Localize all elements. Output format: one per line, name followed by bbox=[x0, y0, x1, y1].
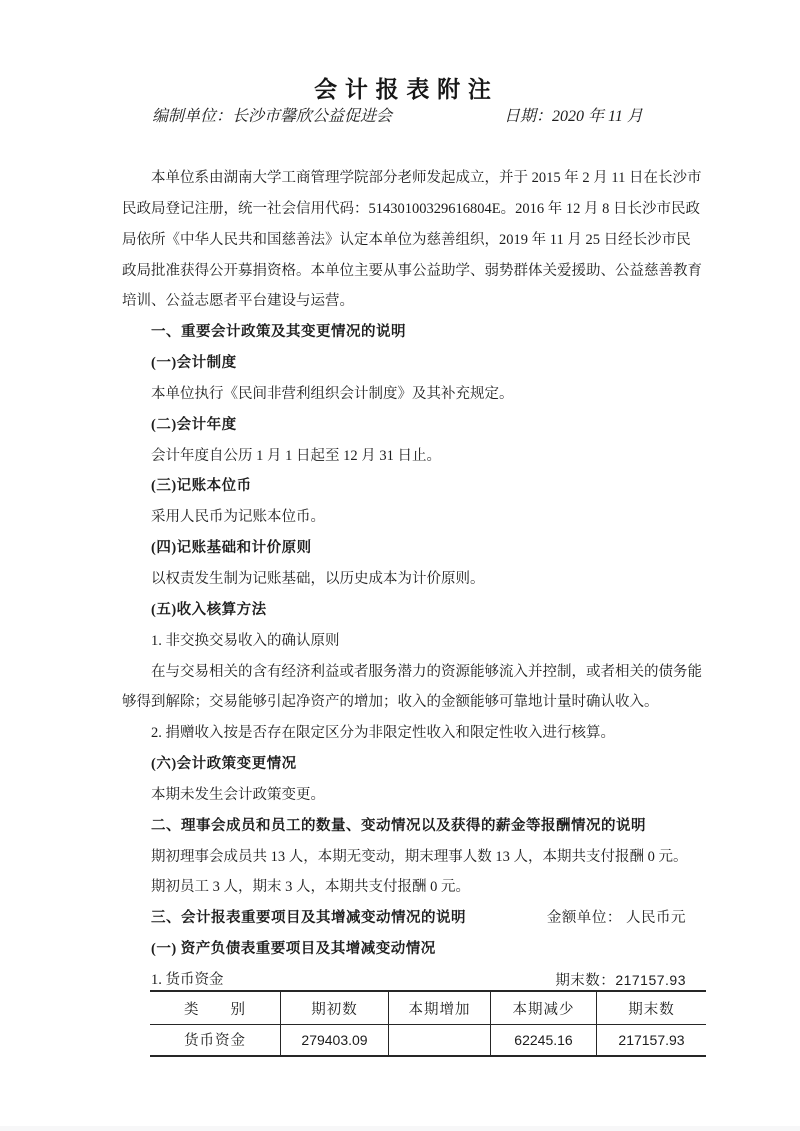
document-line: 本单位系由湖南大学工商管理学院部分老师发起成立，并于 2015 年 2 月 11… bbox=[122, 163, 702, 194]
page-bottom-edge bbox=[0, 1126, 800, 1131]
document-line: 期初员工 3 人，期末 3 人，本期共支付报酬 0 元。 bbox=[122, 872, 702, 903]
document-line: 期初理事会成员共 13 人，本期无变动，期末理事人数 13 人，本期共支付报酬 … bbox=[122, 842, 702, 873]
line-text: 本单位执行《民间非营利组织会计制度》及其补充规定。 bbox=[151, 386, 514, 402]
line-text: (四)记账基础和计价原则 bbox=[151, 540, 312, 556]
line-text: 三、会计报表重要项目及其增减变动情况的说明 bbox=[151, 910, 466, 926]
report-date-label: 日期：2020 年 11 月 bbox=[504, 103, 643, 126]
table-header-cell: 类 别 bbox=[150, 992, 280, 1024]
line-text: 本单位系由湖南大学工商管理学院部分老师发起成立，并于 2015 年 2 月 11… bbox=[151, 170, 701, 186]
period-end-balance-label: 期末数： bbox=[555, 973, 615, 989]
table-header-cell: 本期减少 bbox=[490, 992, 596, 1024]
table-header-cell: 期末数 bbox=[596, 992, 706, 1024]
document-line: (一) 资产负债表重要项目及其增减变动情况 bbox=[122, 934, 702, 965]
table-cell: 279403.09 bbox=[280, 1025, 388, 1055]
line-text: 够得到解除；交易能够引起净资产的增加；收入的金额能够可靠地计量时确认收入。 bbox=[122, 694, 659, 710]
line-text: 本期未发生会计政策变更。 bbox=[151, 787, 325, 803]
line-text: (一)会计制度 bbox=[151, 355, 237, 371]
document-line: 二、理事会成员和员工的数量、变动情况以及获得的薪金等报酬情况的说明 bbox=[122, 811, 702, 842]
document-line: 在与交易相关的含有经济利益或者服务潜力的资源能够流入并控制，或者相关的债务能 bbox=[122, 657, 702, 688]
document-line: (六)会计政策变更情况 bbox=[122, 749, 702, 780]
document-line: (一)会计制度 bbox=[122, 348, 702, 379]
page-title: 会 计 报 表 附 注 bbox=[122, 71, 684, 104]
document-line: 1. 非交换交易收入的确认原则 bbox=[122, 626, 702, 657]
line-text: (三)记账本位币 bbox=[151, 478, 252, 494]
table-row: 货币资金279403.0962245.16217157.93 bbox=[150, 1025, 706, 1055]
line-text: 培训、公益志愿者平台建设与运营。 bbox=[122, 293, 354, 309]
prepared-by-label: 编制单位：长沙市馨欣公益促进会 bbox=[152, 103, 392, 126]
document-line: 以权责发生制为记账基础，以历史成本为计价原则。 bbox=[122, 564, 702, 595]
line-text: 以权责发生制为记账基础，以历史成本为计价原则。 bbox=[151, 571, 485, 587]
document-line: (五)收入核算方法 bbox=[122, 595, 702, 626]
document-body: 本单位系由湖南大学工商管理学院部分老师发起成立，并于 2015 年 2 月 11… bbox=[122, 163, 702, 996]
document-line: 三、会计报表重要项目及其增减变动情况的说明金额单位： 人民币元 bbox=[122, 903, 702, 934]
line-text: (一) 资产负债表重要项目及其增减变动情况 bbox=[151, 941, 436, 957]
document-line: (四)记账基础和计价原则 bbox=[122, 533, 702, 564]
line-text: 在与交易相关的含有经济利益或者服务潜力的资源能够流入并控制，或者相关的债务能 bbox=[151, 664, 702, 680]
document-line: (二)会计年度 bbox=[122, 410, 702, 441]
line-text: 一、重要会计政策及其变更情况的说明 bbox=[151, 324, 406, 340]
document-line: 一、重要会计政策及其变更情况的说明 bbox=[122, 317, 702, 348]
line-text: 1. 非交换交易收入的确认原则 bbox=[151, 633, 340, 649]
document-line: 本单位执行《民间非营利组织会计制度》及其补充规定。 bbox=[122, 379, 702, 410]
line-text: 期初员工 3 人，期末 3 人，本期共支付报酬 0 元。 bbox=[151, 879, 470, 895]
document-line: 政局批准获得公开募捐资格。本单位主要从事公益助学、弱势群体关爱援助、公益慈善教育 bbox=[122, 256, 702, 287]
line-text: 1. 货币资金 bbox=[151, 972, 224, 988]
table-header-row: 类 别期初数本期增加本期减少期末数 bbox=[150, 992, 706, 1025]
line-text: 2. 捐赠收入按是否存在限定区分为非限定性收入和限定性收入进行核算。 bbox=[151, 725, 615, 741]
document-line: 够得到解除；交易能够引起净资产的增加；收入的金额能够可靠地计量时确认收入。 bbox=[122, 687, 702, 718]
document-line: 培训、公益志愿者平台建设与运营。 bbox=[122, 286, 702, 317]
table-header-cell: 期初数 bbox=[280, 992, 388, 1024]
table-header-cell: 本期增加 bbox=[388, 992, 490, 1024]
line-text: (二)会计年度 bbox=[151, 417, 237, 433]
line-text: 民政局登记注册，统一社会信用代码：51430100329616804E。2016… bbox=[122, 201, 700, 217]
line-text: 期初理事会成员共 13 人，本期无变动，期末理事人数 13 人，本期共支付报酬 … bbox=[151, 849, 688, 865]
period-end-balance-value: 217157.93 bbox=[615, 972, 686, 988]
table-cell: 货币资金 bbox=[150, 1025, 280, 1055]
document-line: 本期未发生会计政策变更。 bbox=[122, 780, 702, 811]
line-text: 局依所《中华人民共和国慈善法》认定本单位为慈善组织，2019 年 11 月 25… bbox=[122, 232, 691, 248]
line-text: 二、理事会成员和员工的数量、变动情况以及获得的薪金等报酬情况的说明 bbox=[151, 818, 646, 834]
line-text: 政局批准获得公开募捐资格。本单位主要从事公益助学、弱势群体关爱援助、公益慈善教育 bbox=[122, 263, 702, 279]
line-text: 采用人民币为记账本位币。 bbox=[151, 509, 325, 525]
line-text: 会计年度自公历 1 月 1 日起至 12 月 31 日止。 bbox=[151, 448, 441, 464]
document-line: 民政局登记注册，统一社会信用代码：51430100329616804E。2016… bbox=[122, 194, 702, 225]
line-text: (六)会计政策变更情况 bbox=[151, 756, 297, 772]
document-page: 会 计 报 表 附 注 编制单位：长沙市馨欣公益促进会 日期：2020 年 11… bbox=[0, 0, 800, 1131]
line-text: (五)收入核算方法 bbox=[151, 602, 267, 618]
table-cell bbox=[388, 1025, 490, 1055]
table-cell: 62245.16 bbox=[490, 1025, 596, 1055]
document-line: 采用人民币为记账本位币。 bbox=[122, 502, 702, 533]
document-line: 会计年度自公历 1 月 1 日起至 12 月 31 日止。 bbox=[122, 441, 702, 472]
monetary-funds-table: 类 别期初数本期增加本期减少期末数货币资金279403.0962245.1621… bbox=[150, 990, 706, 1057]
document-line: 2. 捐赠收入按是否存在限定区分为非限定性收入和限定性收入进行核算。 bbox=[122, 718, 702, 749]
table-cell: 217157.93 bbox=[596, 1025, 706, 1055]
document-line: (三)记账本位币 bbox=[122, 471, 702, 502]
document-line: 局依所《中华人民共和国慈善法》认定本单位为慈善组织，2019 年 11 月 25… bbox=[122, 225, 702, 256]
amount-unit-label: 金额单位： 人民币元 bbox=[547, 903, 686, 934]
